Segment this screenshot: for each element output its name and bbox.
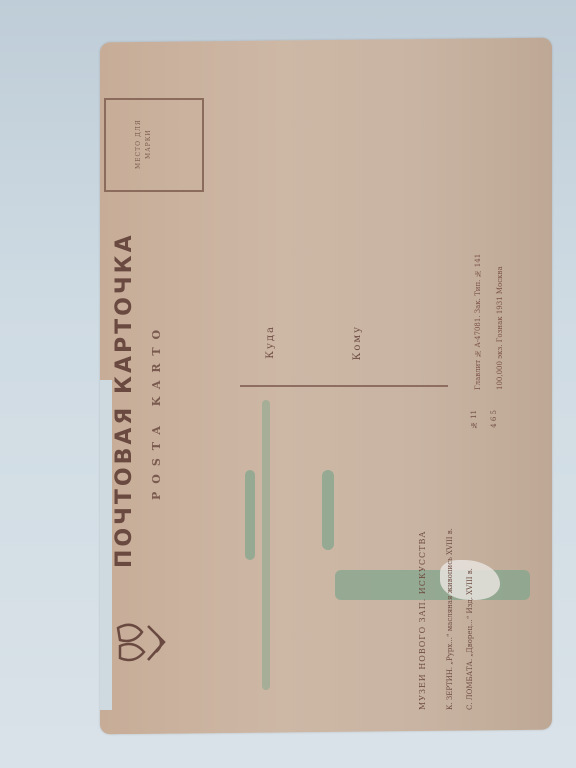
series-number-2: 4 6 5 [490, 410, 498, 428]
credit-line-1: К. ЗЕРТИН. „Рурх...“ масляная живопись X… [446, 470, 454, 710]
green-stain [322, 470, 334, 550]
print-info-2: 100,000 экз. Гознак 1931 Москва [496, 240, 504, 390]
postcard-title: ПОЧТОВАЯ КАРТОЧКА [112, 228, 137, 568]
credit-line-2: С. ЛОМБАТА. „Дворец...“ Изд. XVIII в. [466, 470, 474, 710]
print-info-1: Главлит № A-47081. Зак. Тип. № 141 [474, 240, 482, 390]
green-stain [245, 470, 255, 560]
postcard-torn-edge [100, 380, 112, 710]
publisher-logo-icon [112, 618, 170, 668]
series-number-1: № 11 [470, 410, 478, 429]
stamp-box: МЕСТО ДЛЯ МАРКИ [104, 98, 204, 192]
address-label-whom: Кому [352, 325, 363, 360]
stamp-box-text: МЕСТО ДЛЯ МАРКИ [134, 114, 174, 174]
publisher-line: МУЗЕЙ НОВОГО ЗАП. ИСКУССТВА [418, 470, 427, 710]
green-stain [262, 400, 270, 690]
postcard-subtitle: POSTA KARTO [150, 240, 163, 500]
address-label-where: Куда [265, 325, 276, 359]
green-stain [335, 570, 530, 600]
address-divider-line [240, 385, 448, 387]
